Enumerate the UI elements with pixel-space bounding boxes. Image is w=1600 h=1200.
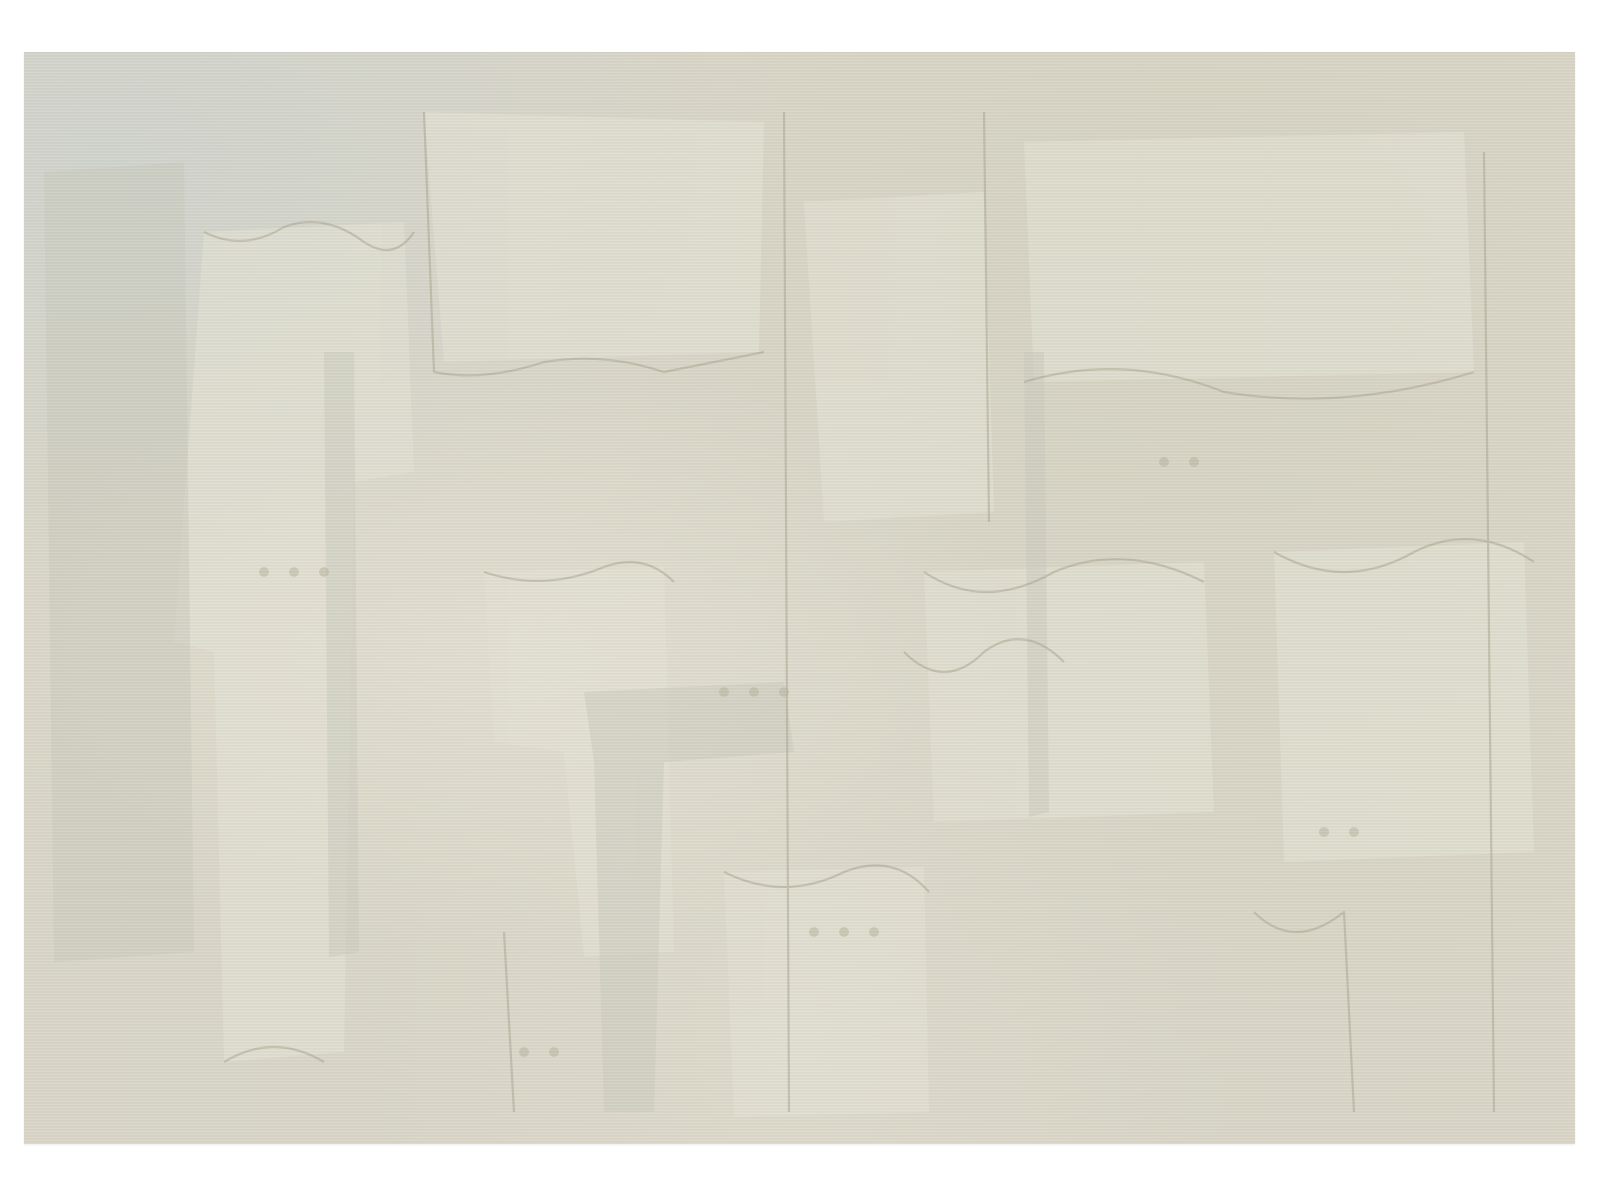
rug xyxy=(24,52,1575,1144)
rug-pile-texture xyxy=(24,52,1575,1144)
